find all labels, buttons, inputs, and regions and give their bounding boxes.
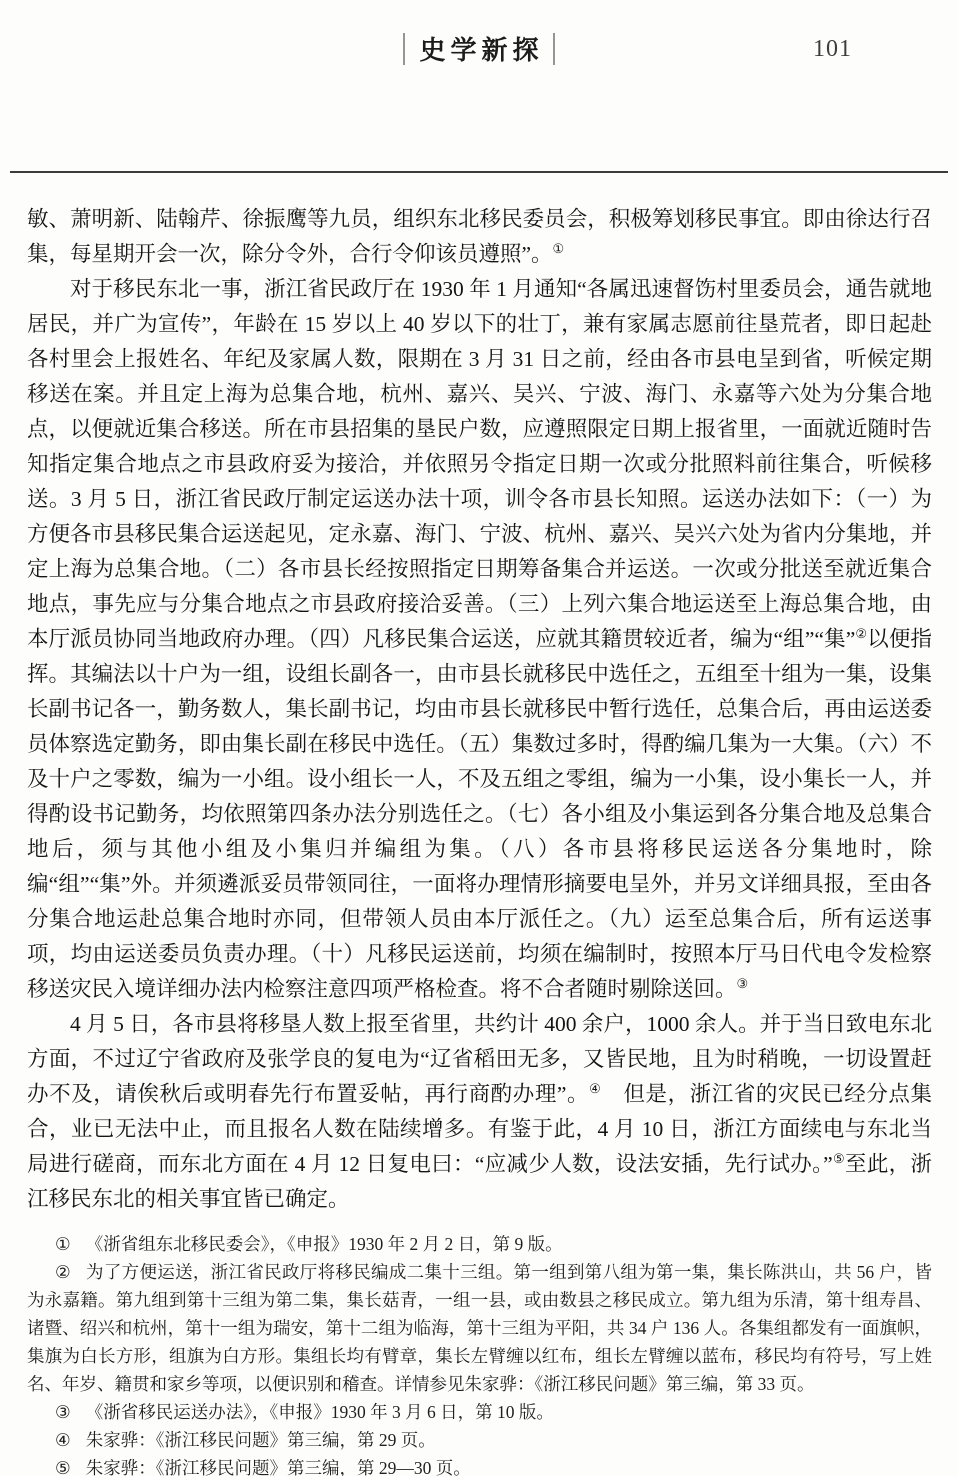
paragraph: 4 月 5 日，各市县将移垦人数上报至省里，共约计 400 余户，1000 余人…	[27, 1007, 932, 1217]
footnote-text: 朱家骅：《浙江移民问题》第三编，第 29 页。	[86, 1430, 436, 1450]
footnote-text: 朱家骅：《浙江移民问题》第三编，第 29—30 页。	[86, 1458, 471, 1476]
footnote-ref: ④	[589, 1081, 601, 1096]
footnote-text: 为了方便运送，浙江省民政厅将移民编成二集十三组。第一组到第八组为第一集，集长陈洪…	[27, 1262, 932, 1394]
footnote-marker: ①	[55, 1234, 71, 1254]
footnote-ref: ③	[737, 976, 749, 991]
footnote-item: ②为了方便运送，浙江省民政厅将移民编成二集十三组。第一组到第八组为第一集，集长陈…	[27, 1258, 932, 1398]
footnote-list: ①《浙省组东北移民委会》，《申报》1930 年 2 月 2 日，第 9 版。②为…	[27, 1230, 932, 1476]
paragraph: 敏、萧明新、陆翰芹、徐振鹰等九员，组织东北移民委员会，积极筹划移民事宜。即由徐达…	[27, 202, 932, 272]
page-header: 史学新探 101	[0, 28, 958, 72]
footnote-text: 《浙省移民运送办法》，《申报》1930 年 3 月 6 日，第 10 版。	[86, 1402, 554, 1422]
paragraph: 对于移民东北一事，浙江省民政厅在 1930 年 1 月通知“各属迅速督饬村里委员…	[27, 272, 932, 1007]
footnote-item: ⑤朱家骅：《浙江移民问题》第三编，第 29—30 页。	[27, 1454, 932, 1476]
title-divider-right	[554, 33, 555, 65]
column-title-block: 史学新探	[403, 30, 554, 67]
footnote-ref: ①	[553, 241, 565, 256]
page-number: 101	[813, 36, 852, 63]
header-rule	[10, 171, 948, 173]
footnote-ref: ⑤	[833, 1151, 845, 1166]
footnote-marker: ③	[55, 1402, 71, 1422]
footnote-text: 《浙省组东北移民委会》，《申报》1930 年 2 月 2 日，第 9 版。	[86, 1234, 563, 1254]
footnote-marker: ④	[55, 1430, 71, 1450]
footnote-item: ①《浙省组东北移民委会》，《申报》1930 年 2 月 2 日，第 9 版。	[27, 1230, 932, 1258]
footnote-item: ④朱家骅：《浙江移民问题》第三编，第 29 页。	[27, 1426, 932, 1454]
body-paragraphs: 敏、萧明新、陆翰芹、徐振鹰等九员，组织东北移民委员会，积极筹划移民事宜。即由徐达…	[27, 202, 932, 1217]
footnote-marker: ⑤	[55, 1458, 71, 1476]
footnote-ref: ②	[855, 626, 867, 641]
column-title: 史学新探	[404, 30, 553, 67]
footnote-item: ③《浙省移民运送办法》，《申报》1930 年 3 月 6 日，第 10 版。	[27, 1398, 932, 1426]
footnote-marker: ②	[55, 1262, 71, 1282]
